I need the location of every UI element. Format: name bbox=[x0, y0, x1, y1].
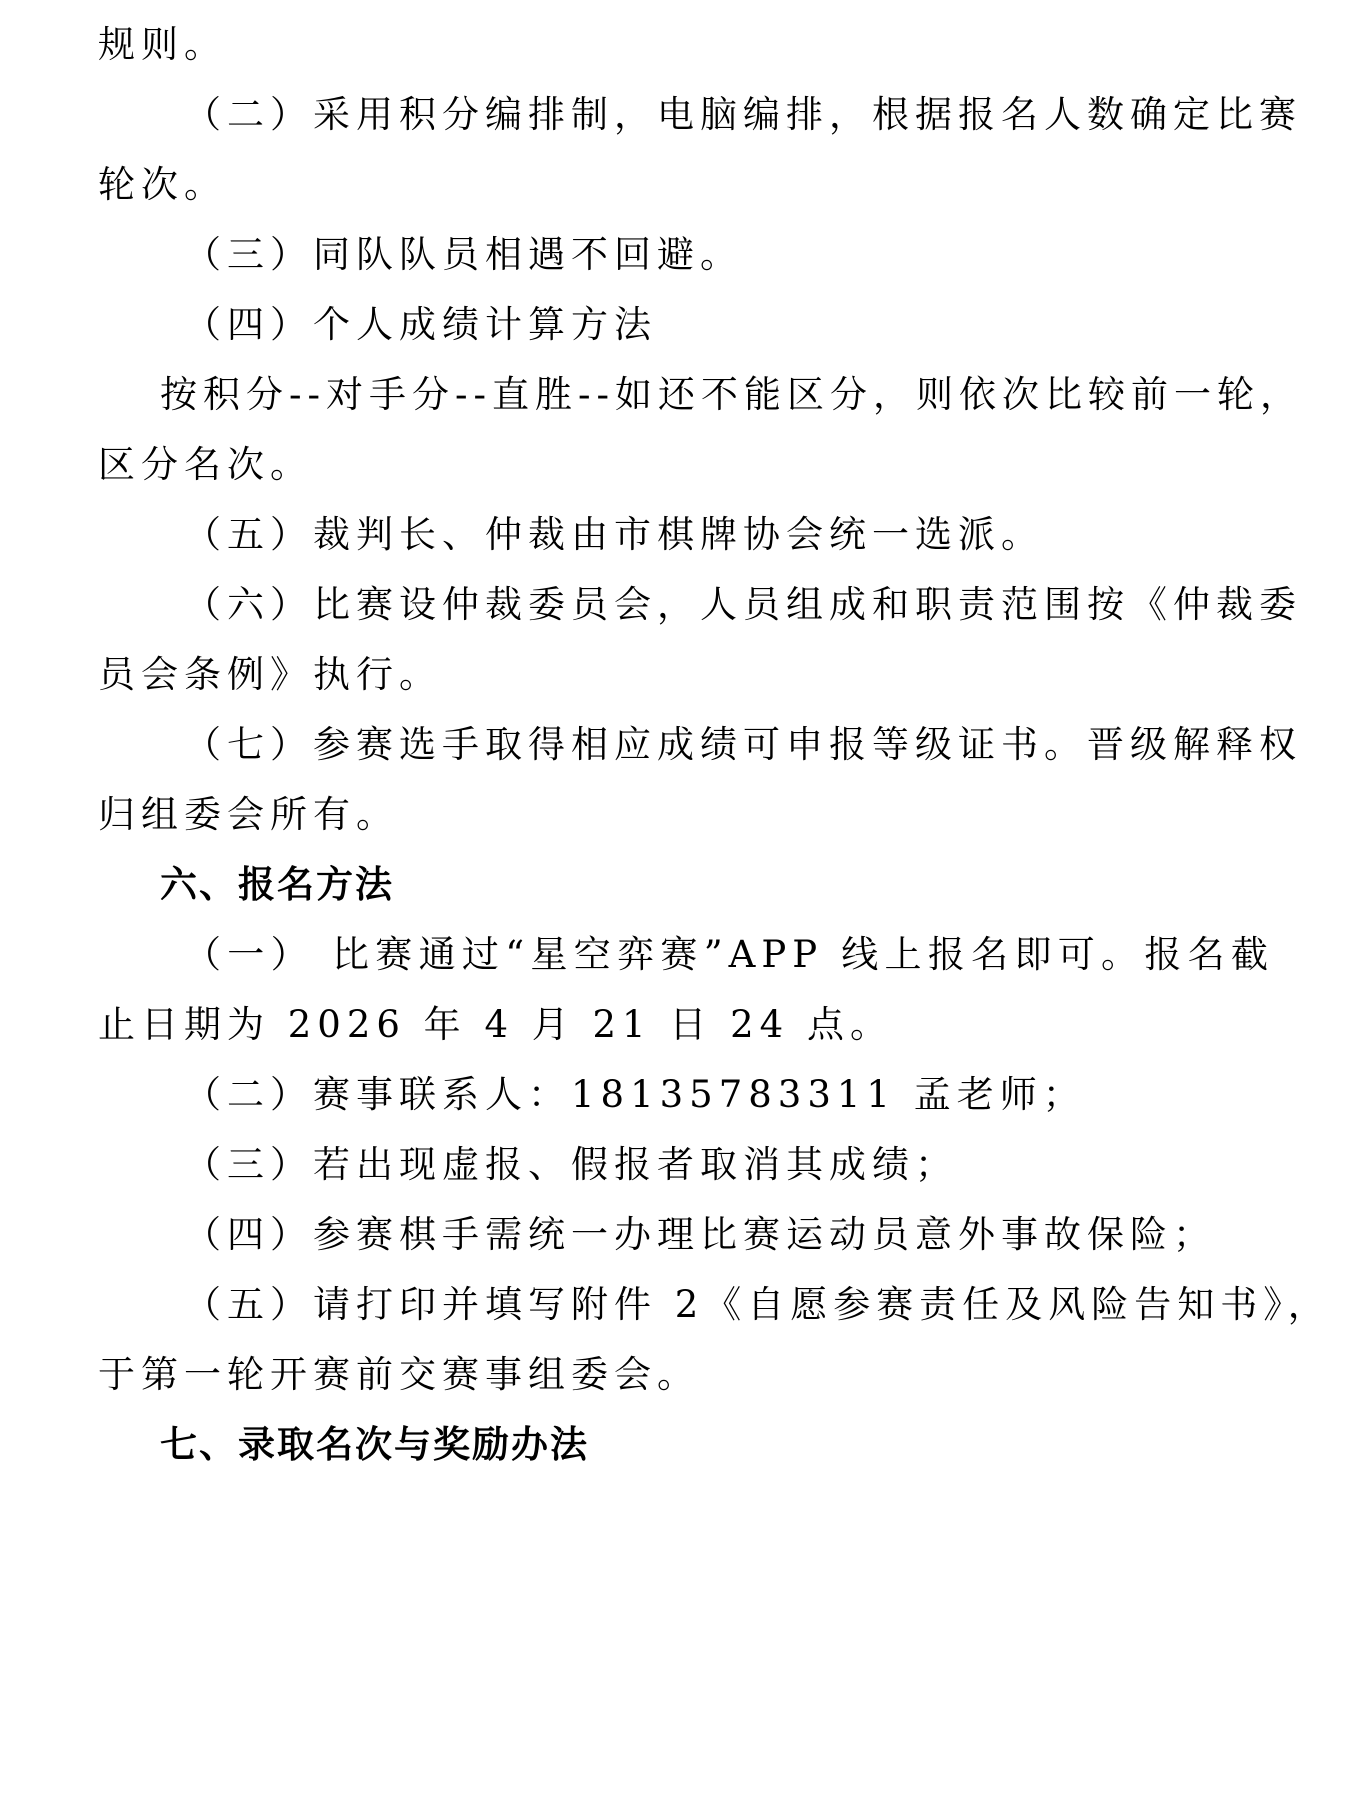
section-heading-awards: 七、录取名次与奖励办法 bbox=[160, 1410, 589, 1480]
rule-item-7: （七）参赛选手取得相应成绩可申报等级证书。晋级解释权 bbox=[184, 710, 1298, 780]
registration-item-4: （四）参赛棋手需统一办理比赛运动员意外事故保险； bbox=[184, 1200, 1216, 1270]
rule-item-2: （二）采用积分编排制，电脑编排，根据报名人数确定比赛 bbox=[184, 80, 1298, 150]
registration-item-1: （一） 比赛通过“星空弈赛”APP 线上报名即可。报名截 bbox=[184, 920, 1274, 990]
rule-item-3: （三）同队队员相遇不回避。 bbox=[184, 220, 743, 290]
paragraph-continuation: 员会条例》执行。 bbox=[98, 640, 442, 710]
registration-contact: （二）赛事联系人：18135783311 孟老师； bbox=[184, 1060, 1086, 1130]
rule-item-5: （五）裁判长、仲裁由市棋牌协会统一选派。 bbox=[184, 500, 1044, 570]
scoring-method-text: 按积分--对手分--直胜--如还不能区分，则依次比较前一轮， bbox=[160, 360, 1298, 430]
rule-item-4: （四）个人成绩计算方法 bbox=[184, 290, 657, 360]
section-heading-registration: 六、报名方法 bbox=[160, 850, 394, 920]
registration-item-3: （三）若出现虚报、假报者取消其成绩； bbox=[184, 1130, 958, 1200]
paragraph-continuation: 轮次。 bbox=[98, 150, 227, 220]
paragraph-continuation: 归组委会所有。 bbox=[98, 780, 399, 850]
paragraph-continuation: 于第一轮开赛前交赛事组委会。 bbox=[98, 1340, 700, 1410]
rule-item-6: （六）比赛设仲裁委员会，人员组成和职责范围按《仲裁委 bbox=[184, 570, 1298, 640]
paragraph-continuation: 规则。 bbox=[98, 10, 227, 80]
registration-deadline: 止日期为 2026 年 4 月 21 日 24 点。 bbox=[98, 990, 893, 1060]
registration-item-5: （五）请打印并填写附件 2《自愿参赛责任及风险告知书》， bbox=[184, 1270, 1298, 1340]
paragraph-continuation: 区分名次。 bbox=[98, 430, 313, 500]
